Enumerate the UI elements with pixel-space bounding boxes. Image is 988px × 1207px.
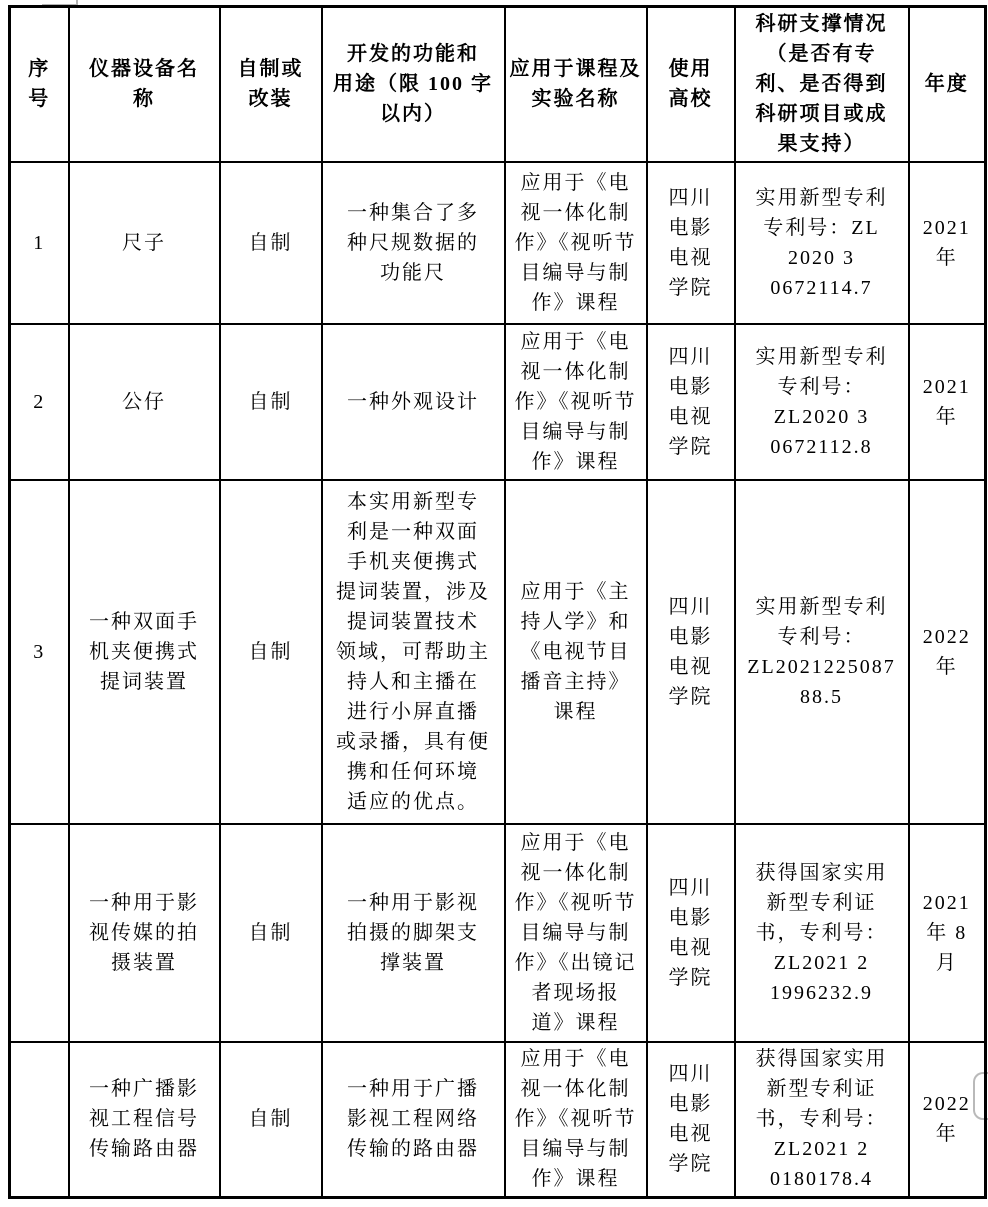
row-5-serial-cell bbox=[10, 1042, 69, 1198]
row-5-function-cell: 一种用于广播 影视工程网络 传输的路由器 bbox=[322, 1042, 505, 1198]
row-3-made-type-cell: 自制 bbox=[220, 480, 322, 824]
row-5-made-type-cell: 自制 bbox=[220, 1042, 322, 1198]
row-1-serial-cell: 1 bbox=[10, 162, 69, 324]
row-3-equipment-name-cell: 一种双面手 机夹便携式 提词装置 bbox=[69, 480, 220, 824]
row-4-equipment-name-cell: 一种用于影 视传媒的拍 摄装置 bbox=[69, 824, 220, 1042]
row-2-function-cell: 一种外观设计 bbox=[322, 324, 505, 480]
table-row-2: 2 公仔 自制 一种外观设计 应用于《电 视一体化制 作》《视听节 目编导与制 … bbox=[10, 324, 986, 480]
table-row-1: 1 尺子 自制 一种集合了多 种尺规数据的 功能尺 应用于《电 视一体化制 作》… bbox=[10, 162, 986, 324]
row-5-research-support-cell: 获得国家实用 新型专利证 书，专利号： ZL2021 2 0180178.4 bbox=[735, 1042, 909, 1198]
equipment-table: 序 号 仪器设备名 称 自制或 改装 开发的功能和 用途（限 100 字 以内）… bbox=[8, 5, 987, 1199]
row-1-research-support-cell: 实用新型专利 专利号：ZL 2020 3 0672114.7 bbox=[735, 162, 909, 324]
row-3-research-support-cell: 实用新型专利 专利号： ZL2021225087 88.5 bbox=[735, 480, 909, 824]
header-course-and-experiment: 应用于课程及 实验名称 bbox=[505, 7, 647, 162]
row-1-year-cell: 2021 年 bbox=[909, 162, 986, 324]
table-row-3: 3 一种双面手 机夹便携式 提词装置 自制 本实用新型专 利是一种双面 手机夹便… bbox=[10, 480, 986, 824]
row-3-year-cell: 2022 年 bbox=[909, 480, 986, 824]
row-2-year-cell: 2021 年 bbox=[909, 324, 986, 480]
row-3-function-cell: 本实用新型专 利是一种双面 手机夹便携式 提词装置，涉及 提词装置技术 领域，可… bbox=[322, 480, 505, 824]
row-1-made-type-cell: 自制 bbox=[220, 162, 322, 324]
row-4-research-support-cell: 获得国家实用 新型专利证 书，专利号： ZL2021 2 1996232.9 bbox=[735, 824, 909, 1042]
header-serial-number: 序 号 bbox=[10, 7, 69, 162]
row-2-research-support-cell: 实用新型专利 专利号： ZL2020 3 0672112.8 bbox=[735, 324, 909, 480]
row-5-year-cell: 2022 年 bbox=[909, 1042, 986, 1198]
header-row: 序 号 仪器设备名 称 自制或 改装 开发的功能和 用途（限 100 字 以内）… bbox=[10, 7, 986, 162]
header-research-support: 科研支撑情况 （是否有专 利、是否得到 科研项目或成 果支持） bbox=[735, 7, 909, 162]
document-page: 序 号 仪器设备名 称 自制或 改装 开发的功能和 用途（限 100 字 以内）… bbox=[0, 0, 988, 1207]
header-function-and-use: 开发的功能和 用途（限 100 字 以内） bbox=[322, 7, 505, 162]
row-4-function-cell: 一种用于影视 拍摄的脚架支 撑装置 bbox=[322, 824, 505, 1042]
row-4-university-cell: 四川 电影 电视 学院 bbox=[647, 824, 735, 1042]
header-year: 年度 bbox=[909, 7, 986, 162]
row-4-made-type-cell: 自制 bbox=[220, 824, 322, 1042]
row-4-year-cell: 2021 年 8 月 bbox=[909, 824, 986, 1042]
header-equipment-name: 仪器设备名 称 bbox=[69, 7, 220, 162]
header-self-made-or-modified: 自制或 改装 bbox=[220, 7, 322, 162]
row-2-equipment-name-cell: 公仔 bbox=[69, 324, 220, 480]
row-4-course-cell: 应用于《电 视一体化制 作》《视听节 目编导与制 作》《出镜记 者现场报 道》课… bbox=[505, 824, 647, 1042]
row-3-course-cell: 应用于《主 持人学》和 《电视节目 播音主持》 课程 bbox=[505, 480, 647, 824]
row-1-equipment-name-cell: 尺子 bbox=[69, 162, 220, 324]
row-2-made-type-cell: 自制 bbox=[220, 324, 322, 480]
table-row-4: 一种用于影 视传媒的拍 摄装置 自制 一种用于影视 拍摄的脚架支 撑装置 应用于… bbox=[10, 824, 986, 1042]
row-1-university-cell: 四川 电影 电视 学院 bbox=[647, 162, 735, 324]
header-using-university: 使用 高校 bbox=[647, 7, 735, 162]
row-3-serial-cell: 3 bbox=[10, 480, 69, 824]
row-5-equipment-name-cell: 一种广播影 视工程信号 传输路由器 bbox=[69, 1042, 220, 1198]
row-1-course-cell: 应用于《电 视一体化制 作》《视听节 目编导与制 作》课程 bbox=[505, 162, 647, 324]
row-5-university-cell: 四川 电影 电视 学院 bbox=[647, 1042, 735, 1198]
row-3-university-cell: 四川 电影 电视 学院 bbox=[647, 480, 735, 824]
table-row-5: 一种广播影 视工程信号 传输路由器 自制 一种用于广播 影视工程网络 传输的路由… bbox=[10, 1042, 986, 1198]
row-1-function-cell: 一种集合了多 种尺规数据的 功能尺 bbox=[322, 162, 505, 324]
row-4-serial-cell bbox=[10, 824, 69, 1042]
row-2-course-cell: 应用于《电 视一体化制 作》《视听节 目编导与制 作》课程 bbox=[505, 324, 647, 480]
row-2-serial-cell: 2 bbox=[10, 324, 69, 480]
row-2-university-cell: 四川 电影 电视 学院 bbox=[647, 324, 735, 480]
row-5-course-cell: 应用于《电 视一体化制 作》《视听节 目编导与制 作》课程 bbox=[505, 1042, 647, 1198]
